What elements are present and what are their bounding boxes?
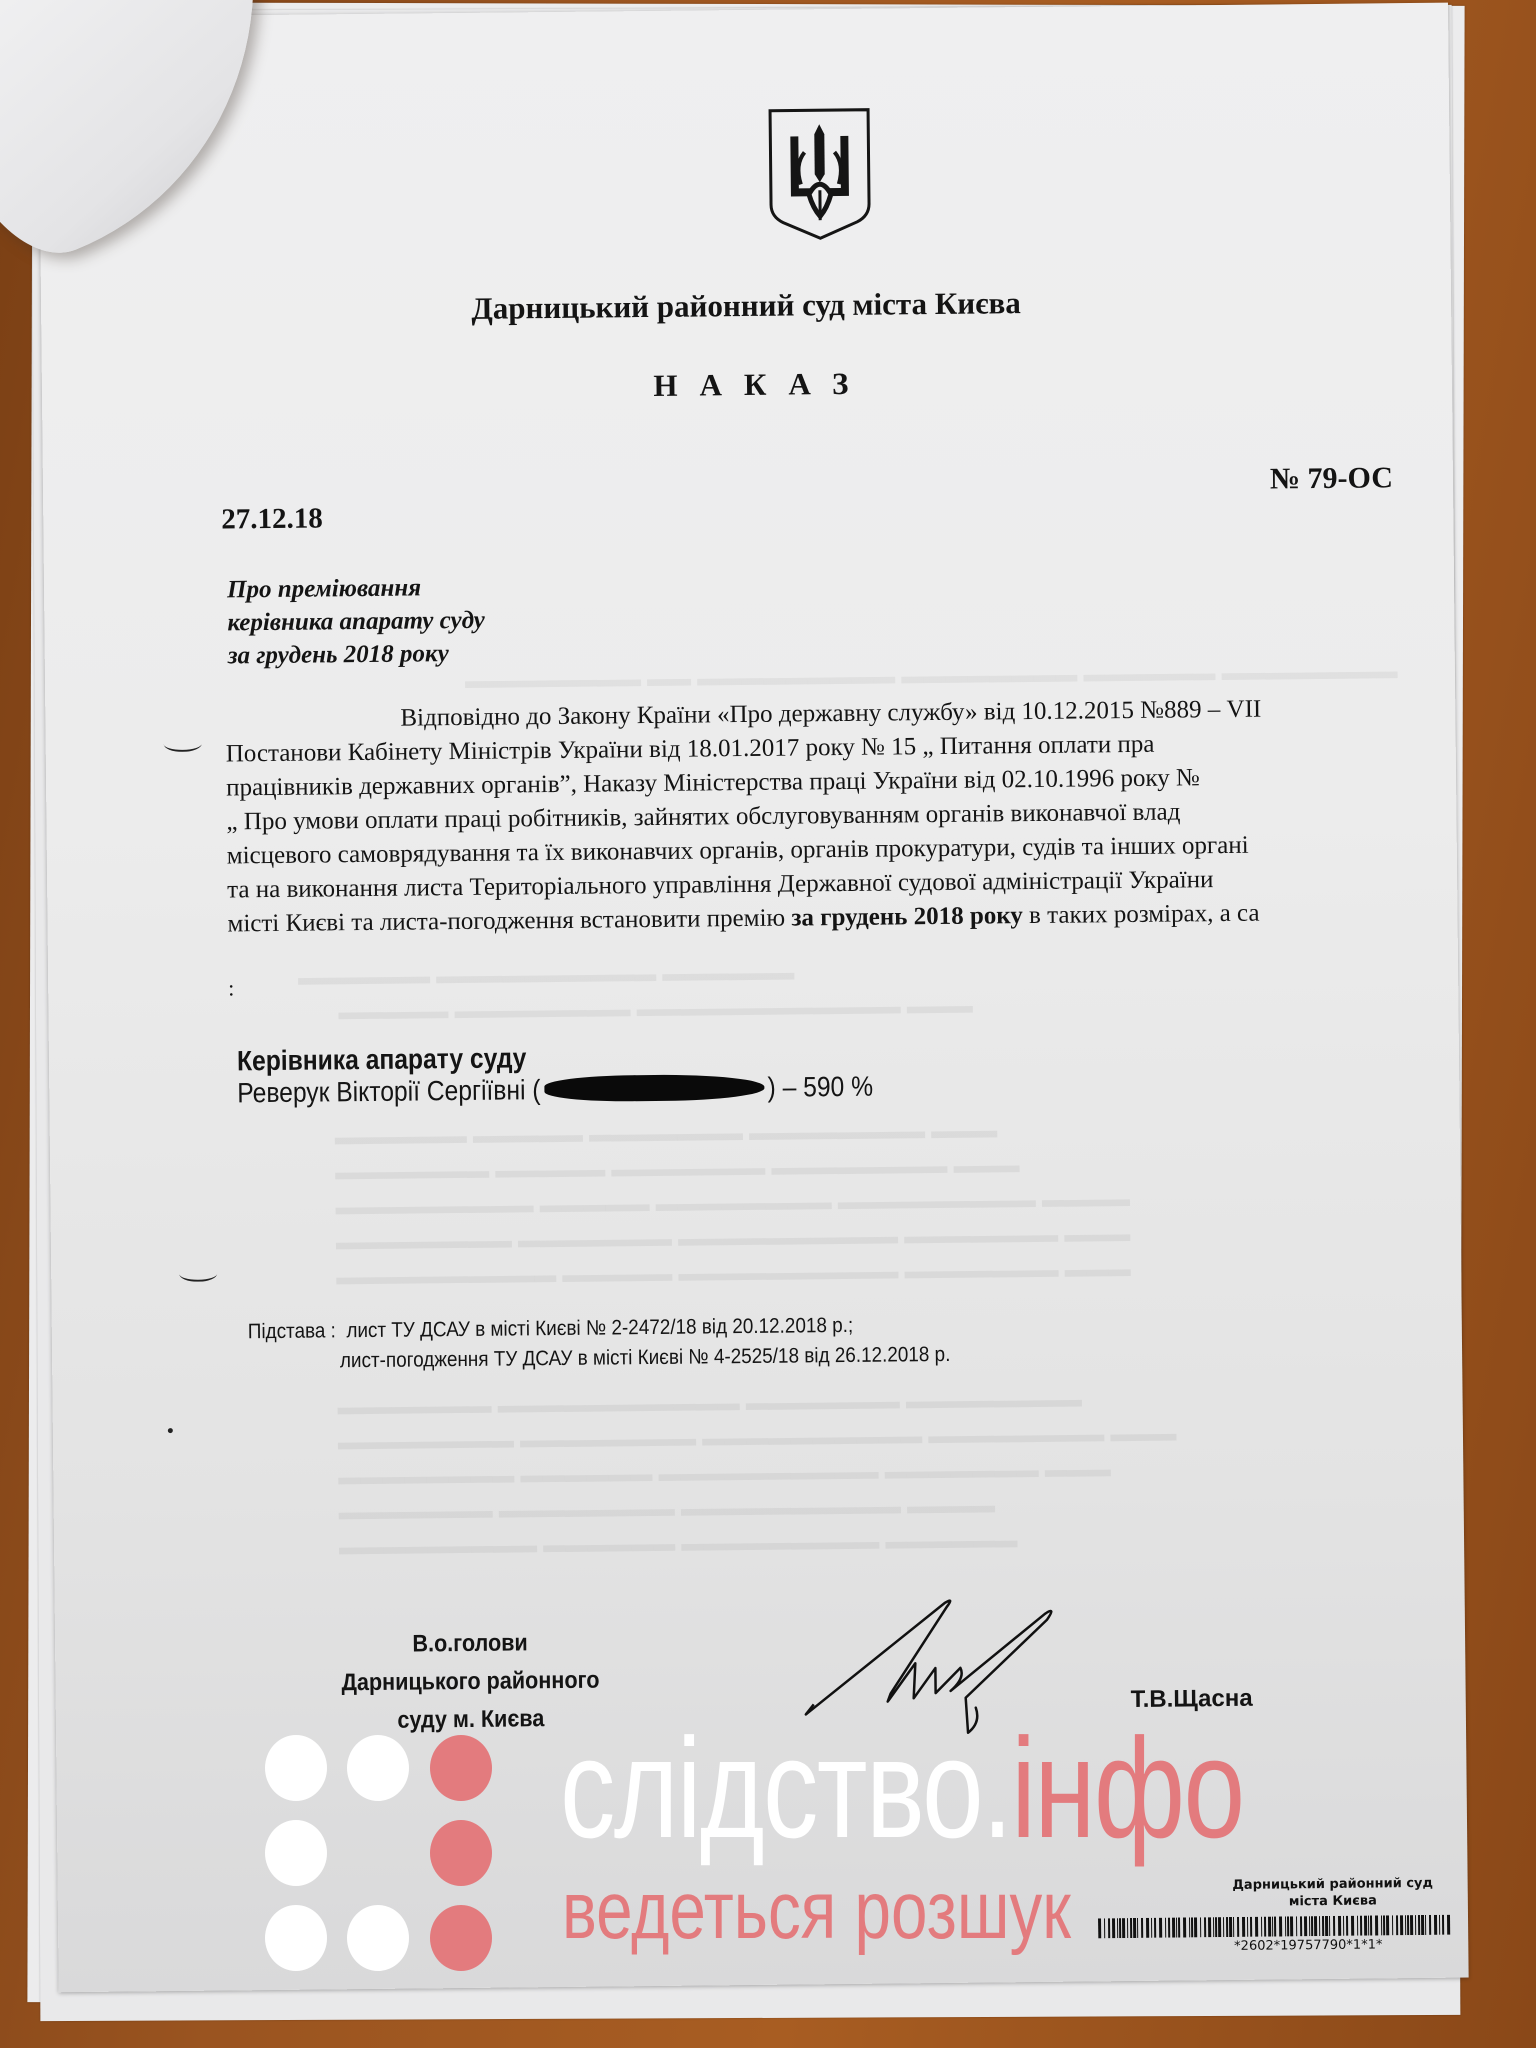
show-through-text: ▬▬▬▬▬▬▬ ▬▬▬▬▬▬▬▬ ▬▬▬▬▬▬▬▬▬▬ ▬▬▬▬ <box>339 1492 996 1525</box>
logo-dot <box>430 1735 492 1801</box>
show-through-text: ▬▬▬▬▬▬▬▬▬▬ ▬▬▬▬▬ ▬▬▬▬▬▬▬▬▬▬ ▬▬▬▬▬▬▬ ▬▬▬ <box>336 1256 1131 1290</box>
signer-position-line: Дарницького районного <box>322 1661 619 1702</box>
brand-part: інфо <box>1011 1709 1243 1868</box>
show-through-text: ▬▬▬▬▬▬ ▬▬▬▬▬ ▬▬▬▬▬▬▬ ▬▬▬▬▬▬▬▬ ▬▬▬ <box>335 1117 998 1150</box>
coat-of-arms-icon <box>764 104 875 245</box>
bonus-percent: – 590 % <box>776 1071 874 1103</box>
redaction-mark <box>544 1074 764 1102</box>
order-number: № 79-ОС <box>1270 461 1393 496</box>
subject-line: за грудень 2018 року <box>228 637 486 673</box>
close-paren: ) <box>767 1072 776 1103</box>
subject-line: керівника апарату суду <box>227 604 485 640</box>
basis-section: Підстава : лист ТУ ДСАУ в місті Києві № … <box>248 1310 951 1377</box>
show-through-text: ▬▬▬▬▬▬▬ ▬▬▬▬▬▬▬▬▬▬▬ ▬▬▬▬▬▬▬ ▬▬▬▬▬▬▬▬ <box>337 1387 1082 1421</box>
basis-item: лист ТУ ДСАУ в місті Києві № 2-2472/18 в… <box>346 1314 853 1342</box>
punch-mark <box>164 736 202 752</box>
show-through-text: ▬▬▬▬▬▬▬▬ ▬▬▬▬▬▬▬▬ ▬▬▬▬▬▬▬▬▬▬ ▬▬▬▬▬▬▬▬ ▬▬… <box>338 1421 1177 1456</box>
show-through-text: ▬▬▬▬▬ ▬▬▬▬▬▬▬▬ ▬▬▬▬▬▬▬▬▬▬▬▬ ▬▬▬ <box>338 993 973 1026</box>
show-through-text: ▬▬▬▬▬▬▬▬▬ ▬▬▬▬▬ ▬▬▬▬▬▬▬▬ ▬▬▬▬▬▬▬▬▬ ▬▬▬▬ <box>335 1186 1130 1220</box>
subject-line: Про преміювання <box>227 571 485 607</box>
logo-dot <box>265 1735 327 1801</box>
logo-dot <box>430 1905 492 1971</box>
basis-label: Підстава : <box>248 1319 336 1343</box>
signer-position-line: В.о.голови <box>321 1623 618 1664</box>
registration-stamp-label: Дарницький районний суд міста Києва <box>1208 1875 1458 1912</box>
show-through-text: ▬▬▬▬▬▬▬ ▬▬▬▬▬ ▬▬▬▬▬▬▬ ▬▬▬▬▬▬▬▬ ▬▬▬ <box>335 1152 1020 1185</box>
document-type: НАКАЗ <box>42 360 1452 411</box>
logo-dot <box>347 1735 409 1801</box>
watermark-brand: слідство.інфо <box>560 1718 1244 1860</box>
body-line-tail: в таких розмірах, а са <box>1023 900 1260 929</box>
show-through-text: ▬▬▬▬▬▬▬▬ ▬▬▬▬▬▬▬ ▬▬▬▬▬▬▬▬▬▬ ▬▬▬▬▬▬▬ ▬▬▬ <box>336 1221 1131 1255</box>
list-colon: : <box>228 975 234 1001</box>
ink-dot <box>168 1428 173 1433</box>
show-through-text: ▬▬▬▬▬▬ ▬▬▬▬▬▬▬▬▬▬ ▬▬▬▬▬▬ <box>298 960 794 991</box>
document-page: ▬▬▬▬▬▬▬▬ ▬▬ ▬▬▬▬▬▬▬▬▬ ▬▬▬▬▬▬▬▬ ▬▬▬▬▬▬ ▬▬… <box>38 3 1469 1993</box>
body-line-text: місті Києві та листа-погодження встанови… <box>227 905 791 938</box>
show-through-text: ▬▬▬▬▬▬▬▬ ▬▬ ▬▬▬▬▬▬▬▬▬ ▬▬▬▬▬▬▬▬ ▬▬▬▬▬▬ ▬▬… <box>465 658 1398 694</box>
brand-part: слідство. <box>560 1709 1011 1868</box>
court-name: Дарницький районний суд міста Києва <box>41 281 1451 332</box>
logo-dot <box>265 1820 327 1886</box>
recipient-line: Реверук Вікторії Сергіївні () – 590 % <box>237 1071 873 1110</box>
watermark-tagline: ведеться розшук <box>562 1870 1071 1952</box>
show-through-text: ▬▬▬▬▬▬▬▬▬ ▬▬▬▬▬▬ ▬▬▬▬▬▬▬▬▬ ▬▬▬▬▬▬ <box>339 1527 1018 1560</box>
order-subject: Про преміювання керівника апарату суду з… <box>227 571 485 673</box>
logo-dot <box>265 1905 327 1971</box>
stamp-line: міста Києва <box>1208 1892 1458 1912</box>
basis-item: лист-погодження ТУ ДСАУ в місті Києві № … <box>248 1340 951 1377</box>
order-body: Відповідно до Закону Країни «Про державн… <box>225 691 1457 942</box>
punch-mark <box>179 1266 217 1282</box>
recipient-name: Реверук Вікторії Сергіївні ( <box>237 1074 541 1108</box>
barcode-number: *2602*19757790*1*1* <box>1178 1937 1438 1955</box>
bonus-period: за грудень 2018 року <box>791 902 1023 931</box>
logo-dot <box>430 1820 492 1886</box>
logo-dot <box>347 1905 409 1971</box>
show-through-text: ▬▬▬▬▬▬▬▬ ▬▬▬▬▬▬ ▬▬▬▬▬▬▬▬▬▬ ▬▬▬▬▬▬▬ ▬▬▬ <box>338 1456 1111 1490</box>
order-date: 27.12.18 <box>221 502 323 536</box>
stamp-line: Дарницький районний суд <box>1208 1875 1458 1895</box>
recipient-position: Керівника апарату суду <box>237 1042 527 1077</box>
barcode <box>1098 1915 1460 1939</box>
